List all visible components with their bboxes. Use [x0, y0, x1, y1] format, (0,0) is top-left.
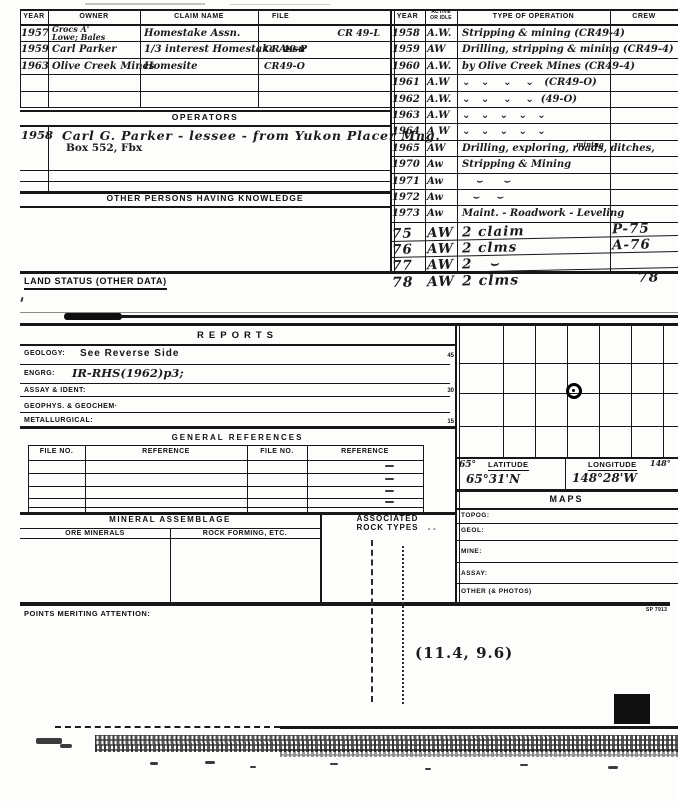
claims-row: 1957 Grocs A' Lowe; Bales Homestake Assn…	[20, 26, 390, 42]
general-references-title: GENERAL REFERENCES	[20, 434, 455, 443]
ops-year-cell: 1962	[390, 92, 425, 107]
ops-year-cell: 1964	[390, 124, 425, 139]
claims-year-cell: 1957	[20, 26, 48, 41]
ops-type-cell: 2 clms	[457, 270, 610, 290]
ops-crew-cell	[610, 174, 678, 189]
ops-active-idle-cell: AW	[425, 257, 457, 273]
ops-type-cell: Drilling, stripping & mining (CR49-4)	[457, 42, 610, 57]
operations-row: 1970 Aw Stripping & Mining	[390, 157, 678, 173]
ops-type-cell: ⌄ ⌄ ⌄ ⌄ (CR49-O)	[457, 75, 610, 90]
operators-row-rule	[20, 170, 390, 171]
operations-row: 1958 A.W. Stripping & mining (CR49-4)	[390, 26, 678, 42]
operations-row: 1971 Aw ⌣ ⌣	[390, 174, 678, 190]
reports-row-rule	[20, 396, 450, 397]
scan-smudge	[36, 738, 62, 744]
ops-active-idle-cell: A.W.	[425, 59, 457, 74]
mining-claim-record-card: YEAR OWNER CLAIM NAME FILE 1957 Grocs A'…	[0, 0, 678, 806]
fold-line-dashes	[371, 540, 373, 702]
ops-crew-cell: A-76	[610, 236, 678, 253]
genref-row-rule	[28, 498, 423, 499]
engrg-label: ENGRG:	[24, 370, 55, 378]
claims-row	[20, 75, 390, 91]
ops-active-idle-cell: A W	[425, 124, 457, 139]
claims-header-year: YEAR	[20, 13, 48, 21]
operators-row-rule	[20, 181, 390, 182]
card-bottom-border	[20, 602, 670, 606]
grid-vline	[503, 323, 504, 457]
geophys-geochem-label: GEOPHYS. & GEOCHEM·	[24, 403, 118, 411]
reports-row-rule	[20, 383, 450, 384]
separator-smear	[120, 315, 678, 318]
grid-vline	[535, 323, 536, 457]
ops-type-cell: Stripping & Mining	[457, 157, 610, 172]
grid-vline	[663, 323, 664, 457]
claims-file-cell: CR 49-L	[258, 26, 390, 41]
ops-active-idle-cell: Aw	[425, 157, 457, 172]
card-top-border	[20, 9, 678, 11]
claims-table: 1957 Grocs A' Lowe; Bales Homestake Assn…	[20, 26, 390, 108]
scan-smudge	[250, 766, 256, 768]
ops-crew-cell	[610, 157, 678, 172]
ops-type-cell: 2 ⌣	[457, 254, 610, 273]
ops-active-idle-cell: AW	[425, 141, 457, 156]
ore-minerals-header: ORE MINERALS	[20, 530, 170, 538]
ops-active-idle-cell: Aw	[425, 174, 457, 189]
grid-tick-45: 45	[438, 353, 454, 359]
latlon-bottom-rule	[455, 489, 678, 492]
ops-active-idle-cell: Aw	[425, 190, 457, 205]
ops-active-idle-cell: A.W.	[425, 26, 457, 41]
ops-year-cell: 76	[390, 241, 425, 257]
ops-type-cell: Maint. - Roadwork - Leveling	[457, 206, 610, 221]
ops-active-idle-cell: A.W.	[425, 92, 457, 107]
genref-header-reference-2: REFERENCE	[307, 448, 423, 456]
margin-note: (11.4, 9.6)	[415, 644, 513, 662]
claims-owner-cell	[48, 92, 140, 107]
longitude-value: 148°28'W	[572, 471, 637, 485]
operator-entry: Carl G. Parker - lessee - from Yukon Pla…	[62, 128, 441, 143]
latlon-divider	[565, 457, 566, 489]
maps-row-rule	[455, 523, 678, 524]
ops-year-cell: 78	[390, 274, 425, 291]
ops-crew-cell	[610, 141, 678, 156]
operators-title: OPERATORS	[20, 113, 390, 122]
ops-crew-cell	[610, 190, 678, 205]
scan-artifact	[385, 465, 394, 467]
ops-type-cell: ⌄ ⌄ ⌄ ⌄ (49-O)	[457, 92, 610, 107]
ops-type-cell: ⌣ ⌣	[457, 174, 610, 189]
other-persons-title: OTHER PERSONS HAVING KNOWLEDGE	[20, 194, 390, 203]
claims-row: 1963 Olive Creek Mines Homesite CR49-O	[20, 59, 390, 75]
ops-year-cell: 1960	[390, 59, 425, 74]
operations-row: 1959 AW Drilling, stripping & mining (CR…	[390, 42, 678, 58]
maps-row-rule	[455, 540, 678, 541]
scan-dash-marks: - -	[428, 526, 436, 534]
operators-band-bottom-rule	[20, 125, 390, 127]
claims-claim-name-cell	[140, 92, 258, 107]
latitude-label: LATITUDE	[488, 461, 529, 471]
operations-row: 1961 A.W ⌄ ⌄ ⌄ ⌄ (CR49-O)	[390, 75, 678, 91]
scan-artifact	[385, 501, 394, 503]
reports-bottom-rule	[20, 426, 455, 429]
operations-row: 1962 A.W. ⌄ ⌄ ⌄ ⌄ (49-O)	[390, 92, 678, 108]
grid-vline	[631, 323, 632, 457]
fold-line-dots	[402, 546, 404, 704]
scan-artifact	[20, 297, 23, 302]
maps-row-geol: GEOL:	[461, 527, 484, 534]
ops-type-cell: ⌣ ⌣	[457, 190, 610, 205]
ops-crew-cell	[610, 75, 678, 90]
latitude-degree-note: 65°	[459, 460, 476, 470]
reports-title: REPORTS	[20, 331, 455, 341]
mineral-assemblage-title: MINERAL ASSEMBLAGE	[20, 516, 320, 525]
geology-label: GEOLOGY:	[24, 350, 65, 358]
ops-year-cell: 1971	[390, 174, 425, 189]
grid-hline	[460, 426, 678, 427]
claims-header-file: FILE	[272, 13, 312, 21]
grid-vline	[599, 323, 600, 457]
ops-year-cell: 1972	[390, 190, 425, 205]
engrg-value: IR-RHS(1962)p3;	[72, 366, 184, 380]
claims-owner-cell: Carl Parker	[48, 42, 140, 57]
ops-year-cell: 77	[390, 258, 425, 274]
ops-active-idle-cell: AW	[425, 273, 457, 290]
genref-row-rule	[28, 460, 423, 461]
maps-row-topog: TOPOG:	[461, 512, 490, 519]
ops-active-idle-cell: AW	[425, 241, 457, 257]
maps-row-other-photos: OTHER (& PHOTOS)	[461, 588, 532, 595]
other-persons-band-bottom-rule	[20, 206, 390, 208]
black-scan-block	[614, 694, 650, 724]
claims-year-cell	[20, 92, 48, 107]
ops-header-active-or-idle: ACTIVE OR IDLE	[425, 10, 457, 21]
scan-smudge	[205, 761, 215, 764]
ops-active-idle-cell: A.W	[425, 108, 457, 123]
reports-title-rule	[20, 344, 455, 346]
reports-card-top-border	[20, 323, 678, 326]
claims-claim-name-cell: 1/3 interest Homestake Assn	[140, 42, 258, 57]
grid-tick-15: 15	[438, 419, 454, 425]
ops-crew-cell	[610, 92, 678, 107]
operations-table: 1958 A.W. Stripping & mining (CR49-4) 19…	[390, 26, 678, 288]
claims-file-cell	[258, 75, 390, 90]
ops-type-cell: ⌄ ⌄ ⌄ ⌄ ⌄	[457, 108, 610, 123]
reports-row-rule	[20, 412, 450, 413]
ops-year-cell: 1970	[390, 157, 425, 172]
scan-noise-band	[280, 749, 678, 757]
longitude-label: LONGITUDE	[588, 461, 637, 471]
ops-insert-note: mining	[576, 140, 604, 149]
ops-header-year: YEAR	[390, 13, 425, 21]
operations-row: 1965 AW Drilling, exploring, roads, ditc…	[390, 141, 678, 157]
genref-header-reference-1: REFERENCE	[85, 448, 247, 456]
scan-artifact	[385, 490, 394, 492]
points-meriting-attention-label: POINTS MERITING ATTENTION:	[24, 610, 150, 618]
ops-year-cell: 1963	[390, 108, 425, 123]
claims-year-cell: 1963	[20, 59, 48, 74]
claims-file-cell	[258, 92, 390, 107]
maps-row-assay: ASSAY:	[461, 570, 487, 577]
ops-crew-cell	[610, 124, 678, 139]
grid-tick-30: 30	[438, 388, 454, 394]
latitude-value: 65°31'N	[466, 472, 520, 486]
assay-ident-label: ASSAY & IDENT:	[24, 387, 86, 395]
ink-blob-artifact	[64, 313, 122, 320]
ops-crew-cell: P-75	[610, 220, 678, 237]
claims-header-claim-name: CLAIM NAME	[140, 13, 258, 21]
claims-owner-cell: Olive Creek Mines	[48, 59, 140, 74]
claims-claim-name-cell: Homestake Assn.	[140, 26, 258, 41]
genref-row-rule	[28, 486, 423, 487]
rock-forming-header: ROCK FORMING, ETC.	[170, 530, 320, 538]
claims-row	[20, 92, 390, 108]
scan-smudge	[425, 768, 431, 770]
ops-crew-cell: 78	[610, 269, 678, 287]
ops-active-idle-cell: AW	[425, 224, 457, 240]
operations-row: 1972 Aw ⌣ ⌣	[390, 190, 678, 206]
ops-crew-cell	[610, 108, 678, 123]
ops-active-idle-cell: Aw	[425, 206, 457, 221]
claims-row: 1959 Carl Parker 1/3 interest Homestake …	[20, 42, 390, 58]
claims-header-owner: OWNER	[48, 13, 140, 21]
ops-type-cell: by Olive Creek Mines (CR49-4)	[457, 59, 610, 74]
scan-artifact	[385, 478, 394, 480]
ops-year-cell: 1973	[390, 206, 425, 221]
reports-row-rule	[20, 364, 450, 365]
ops-year-cell: 1965	[390, 141, 425, 156]
genref-box-top	[28, 445, 423, 446]
mineral-col-rule	[170, 528, 171, 602]
scan-smudge	[60, 744, 72, 748]
claims-owner-cell	[48, 75, 140, 90]
maps-title-rule	[455, 508, 678, 510]
maps-title: MAPS	[455, 495, 678, 505]
ops-crew-cell	[610, 59, 678, 74]
claims-claim-name-cell: Homesite	[140, 59, 258, 74]
form-number: SP 7913	[646, 608, 667, 614]
genref-header-file-no-1: FILE NO.	[28, 448, 85, 456]
ops-active-idle-cell: A.W	[425, 75, 457, 90]
claims-file-cell: CR49-O	[258, 59, 390, 74]
ops-type-cell: Stripping & mining (CR49-4)	[457, 26, 610, 41]
ops-type-cell: ⌄ ⌄ ⌄ ⌄ ⌄	[457, 124, 610, 139]
ops-crew-cell	[610, 252, 678, 269]
ops-year-cell: 1958	[390, 26, 425, 41]
genref-header-file-no-2: FILE NO.	[247, 448, 307, 456]
ops-year-cell: 1961	[390, 75, 425, 90]
scan-smudge	[520, 764, 528, 766]
ops-year-cell: 1959	[390, 42, 425, 57]
claims-owner-cell: Grocs A' Lowe; Bales	[48, 26, 140, 41]
right-column-left-rule	[455, 323, 457, 602]
operations-row: 1964 A W ⌄ ⌄ ⌄ ⌄ ⌄	[390, 124, 678, 140]
genref-rule	[423, 445, 424, 512]
land-status-label: LAND STATUS (OTHER DATA)	[24, 277, 167, 290]
scan-artifact	[85, 3, 205, 5]
claims-claim-name-cell	[140, 75, 258, 90]
grid-hline	[460, 363, 678, 364]
longitude-degree-note: 148°	[650, 458, 671, 468]
ops-active-idle-cell: AW	[425, 42, 457, 57]
ops-year-cell: 75	[390, 225, 425, 241]
geology-value: See Reverse Side	[80, 348, 179, 359]
scan-smudge	[150, 762, 158, 765]
metallurgical-label: METALLURGICAL:	[24, 417, 93, 425]
maps-row-mine: MINE:	[461, 548, 482, 555]
ops-crew-cell	[610, 42, 678, 57]
operations-row: 1963 A.W ⌄ ⌄ ⌄ ⌄ ⌄	[390, 108, 678, 124]
operations-row: 1960 A.W. by Olive Creek Mines (CR49-4)	[390, 59, 678, 75]
ops-header-type-of-operation: TYPE OF OPERATION	[457, 13, 610, 21]
scan-line-solid	[280, 726, 678, 729]
maps-row-rule	[455, 562, 678, 563]
scan-smudge	[330, 763, 338, 765]
scan-artifact	[230, 4, 330, 5]
claims-year-cell	[20, 75, 48, 90]
ops-header-crew: CREW	[610, 13, 678, 21]
claims-year-cell: 1959	[20, 42, 48, 57]
genref-row-rule	[28, 473, 423, 474]
operator-address: Box 552, Fbx	[66, 142, 142, 154]
ops-crew-cell	[610, 26, 678, 41]
scan-line-dashed	[55, 726, 280, 728]
claims-file-cell: CR 49-P	[258, 42, 390, 57]
scan-smudge	[608, 766, 618, 769]
grid-bottom-rule	[455, 457, 678, 459]
location-marker-icon	[566, 383, 582, 399]
genref-row-rule	[28, 507, 423, 508]
maps-row-rule	[455, 583, 678, 584]
